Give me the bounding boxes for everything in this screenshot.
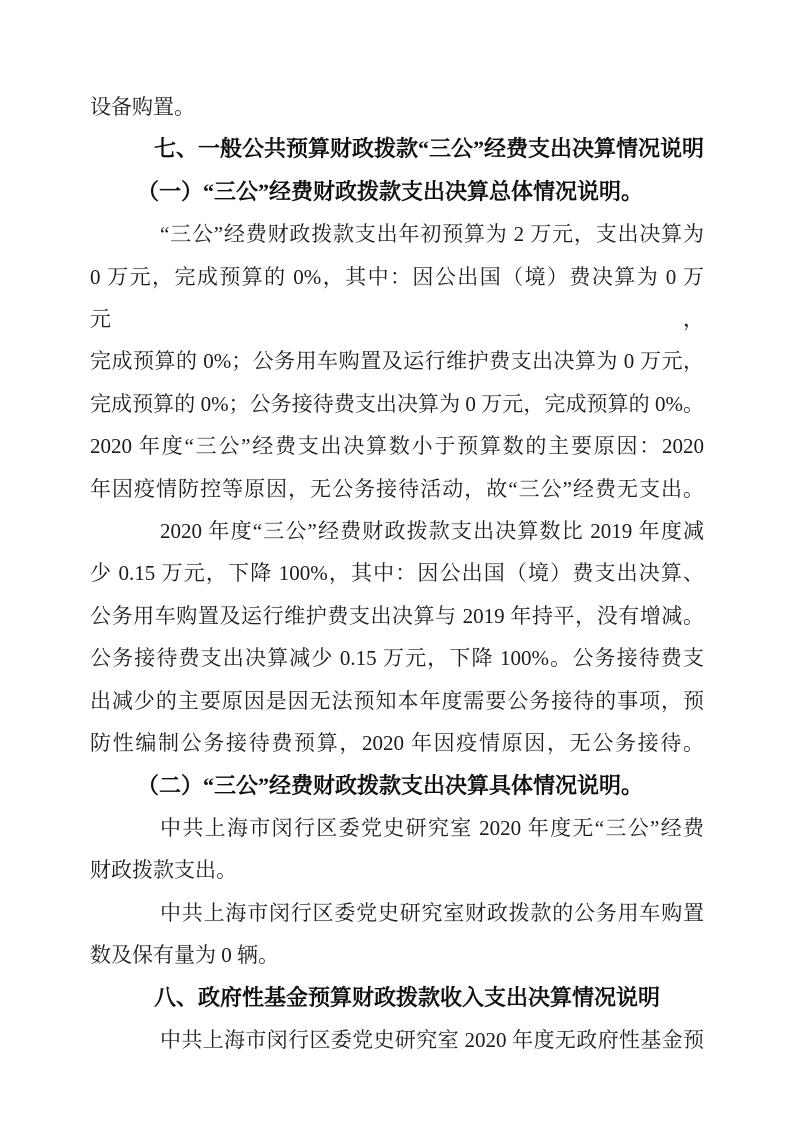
body-line: 完成预算的 0%；公务用车购置及运行维护费支出决算为 0 万元， xyxy=(90,340,704,382)
body-line: 公务接待费支出决算减少 0.15 万元，下降 100%。公务接待费支 xyxy=(90,637,704,679)
body-line: 年因疫情防控等原因，无公务接待活动，故“三公”经费无支出。 xyxy=(90,468,704,510)
body-line: “三公”经费财政拨款支出年初预算为 2 万元，支出决算为 xyxy=(90,213,704,255)
section-heading-8: 八、政府性基金预算财政拨款收入支出决算情况说明 xyxy=(90,977,704,1019)
body-line: 中共上海市闵行区委党史研究室 2020 年度无“三公”经费 xyxy=(90,807,704,849)
section-heading-7: 七、一般公共预算财政拨款“三公”经费支出决算情况说明 xyxy=(90,128,704,170)
subsection-heading-7-1: （一）“三公”经费财政拨款支出决算总体情况说明。 xyxy=(90,171,704,213)
body-line: 2020 年度“三公”经费支出决算数小于预算数的主要原因：2020 xyxy=(90,425,704,467)
body-line: 0 万元，完成预算的 0%，其中：因公出国（境）费决算为 0 万元， xyxy=(90,256,704,341)
body-line: 少 0.15 万元，下降 100%，其中：因公出国（境）费支出决算、 xyxy=(90,552,704,594)
body-line: 完成预算的 0%；公务接待费支出决算为 0 万元，完成预算的 0%。 xyxy=(90,383,704,425)
body-line: 中共上海市闵行区委党史研究室 2020 年度无政府性基金预 xyxy=(90,1019,704,1061)
page-text-block: 设备购置。 七、一般公共预算财政拨款“三公”经费支出决算情况说明 （一）“三公”… xyxy=(90,86,704,1061)
body-line: 数及保有量为 0 辆。 xyxy=(90,934,704,976)
body-line: 出减少的主要原因是因无法预知本年度需要公务接待的事项，预 xyxy=(90,680,704,722)
body-line: 中共上海市闵行区委党史研究室财政拨款的公务用车购置 xyxy=(90,892,704,934)
body-line: 财政拨款支出。 xyxy=(90,849,704,891)
body-line: 公务用车购置及运行维护费支出决算与 2019 年持平，没有增减。 xyxy=(90,595,704,637)
subsection-heading-7-2: （二）“三公”经费财政拨款支出决算具体情况说明。 xyxy=(90,765,704,807)
paragraph-tail-line: 设备购置。 xyxy=(90,86,704,128)
body-line: 2020 年度“三公”经费财政拨款支出决算数比 2019 年度减 xyxy=(90,510,704,552)
body-line: 防性编制公务接待费预算，2020 年因疫情原因，无公务接待。 xyxy=(90,722,704,764)
document-page: 设备购置。 七、一般公共预算财政拨款“三公”经费支出决算情况说明 （一）“三公”… xyxy=(0,0,793,1122)
